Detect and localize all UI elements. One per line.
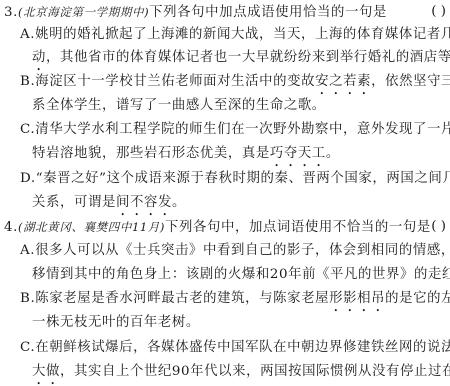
q4-option-a: A.很多人可以从《士兵突击》中看到自己的影子，体会到相同的情感，很容易把自己 [20,239,450,263]
question-source: (湖北黄冈、襄樊四中11月) [18,220,165,234]
q3-option-c: C.清华大学水利工程学院的师生们在一次野外勘察中，意外发现了一片原始喀斯 [20,118,450,142]
option-text: 在朝鲜核试爆后，各媒体盛传中国军队在中朝边界修建铁丝网的说法纯属 [35,340,450,355]
question-number: 4. [4,220,18,235]
emphasized-idiom: 间不容发 [116,195,172,210]
option-text: 海淀区十一学校甘兰佑老师面对生活中的变故 [35,74,315,89]
option-text: ，依然坚守三尺讲台，心 [371,74,450,89]
option-label: B. [20,74,35,89]
option-text: 陈家老屋是香水河畔最古老的建筑，与陈家老屋 [35,291,329,306]
q3-option-d-cont: 关系，可谓是间不容发。 [32,191,450,215]
option-text: 的是它的左侧立着的 [385,291,450,306]
q4-option-b-cont: 一株无枝无叶的百年老树。 [32,311,450,335]
q3-option-a-cont: 动，其他省市的体育媒体记者也一大早就纷纷来到举行婚礼的酒店等候。 [32,46,450,70]
emphasized-idiom-end: 做 [46,364,60,379]
emphasized-idiom-end: 动 [32,50,46,65]
q3-option-b: B.海淀区十一学校甘兰佑老师面对生活中的变故安之若素，依然坚守三尺讲台，心 [20,70,450,94]
option-text: 。 [172,195,186,210]
option-text: 清华大学水利工程学院的师生们在一次野外勘察中，意外发现了一片原始喀斯 [35,122,450,137]
option-text: 一株无枝无叶的百年老树。 [32,315,200,330]
option-text: “秦晋之好”这个成语来源于春秋时期的秦、晋两个国家，两国之间几代都有婚姻 [36,171,450,186]
question-4-stem: 4.(湖北黄冈、襄樊四中11月)下列各句中，加点词语使用不恰当的一句是 ( ) [4,215,450,239]
option-label: C. [20,340,35,355]
option-text: 关系，可谓是 [32,195,116,210]
emphasized-idiom: 巧夺天工 [270,146,326,161]
option-text: 系全体学生，谱写了一曲感人至深的生命之歌。 [32,98,326,113]
q3-option-b-cont: 系全体学生，谱写了一曲感人至深的生命之歌。 [32,94,450,118]
emphasized-idiom-end: 大 [32,364,46,379]
emphasized-idiom: 安之若素 [315,74,371,89]
option-text: 移情到其中的角色身上：该剧的火爆和20年前《平凡的世界》的走红 [32,267,450,282]
option-label: A. [20,27,35,42]
option-text: 姚明的婚礼掀起了上海滩的新闻大战，当天，上海的体育媒体记者几乎 [35,27,450,42]
emphasized-idiom: 形影相吊 [329,291,385,306]
option-label: C. [20,122,35,137]
q3-option-c-cont: 特岩溶地貌，那些岩石形态优美，真是巧夺天工。 [32,142,450,166]
option-label: B. [20,291,35,306]
q4-option-c-cont: 大做，其实自上个世纪90年代以来，两国按国际惯例从没有停止过在重要地段 [32,360,450,384]
option-label: A. [20,243,35,258]
question-source: (北京海淀第一学期期中) [18,5,149,19]
question-stem-text: 下列各句中加点成语使用恰当的一句是 [149,5,387,20]
q3-option-d: D.“秦晋之好”这个成语来源于春秋时期的秦、晋两个国家，两国之间几代都有婚姻 [20,167,450,191]
q3-option-a: A.姚明的婚礼掀起了上海滩的新闻大战，当天，上海的体育媒体记者几乎倾巢出 [20,23,450,47]
option-label: D. [20,171,36,186]
option-text: 。 [326,146,340,161]
option-text: 很多人可以从《士兵突击》中看到自己的影子，体会到相同的情感，很容易把自己 [35,243,450,258]
q4-option-c: C.在朝鲜核试爆后，各媒体盛传中国军队在中朝边界修建铁丝网的说法纯属小题 [20,336,450,360]
question-number: 3. [4,5,18,20]
q4-option-b: B.陈家老屋是香水河畔最古老的建筑，与陈家老屋形影相吊的是它的左侧立着的 [20,287,450,311]
answer-blank: ( ) [431,0,446,24]
option-text: ，其实自上个世纪90年代以来，两国按国际惯例从没有停止过在重要地段 [60,364,450,379]
question-stem-text: 下列各句中，加点词语使用不恰当的一句是 [165,220,431,235]
option-text: 特岩溶地貌，那些岩石形态优美，真是 [32,146,270,161]
answer-blank: ( ) [431,215,446,239]
option-text: ，其他省市的体育媒体记者也一大早就纷纷来到举行婚礼的酒店等候。 [46,50,450,65]
question-3-stem: 3.(北京海淀第一学期期中)下列各句中加点成语使用恰当的一句是 ( ) [4,0,450,24]
q4-option-a-cont: 移情到其中的角色身上：该剧的火爆和20年前《平凡的世界》的走红如出一辙。 [32,263,450,287]
